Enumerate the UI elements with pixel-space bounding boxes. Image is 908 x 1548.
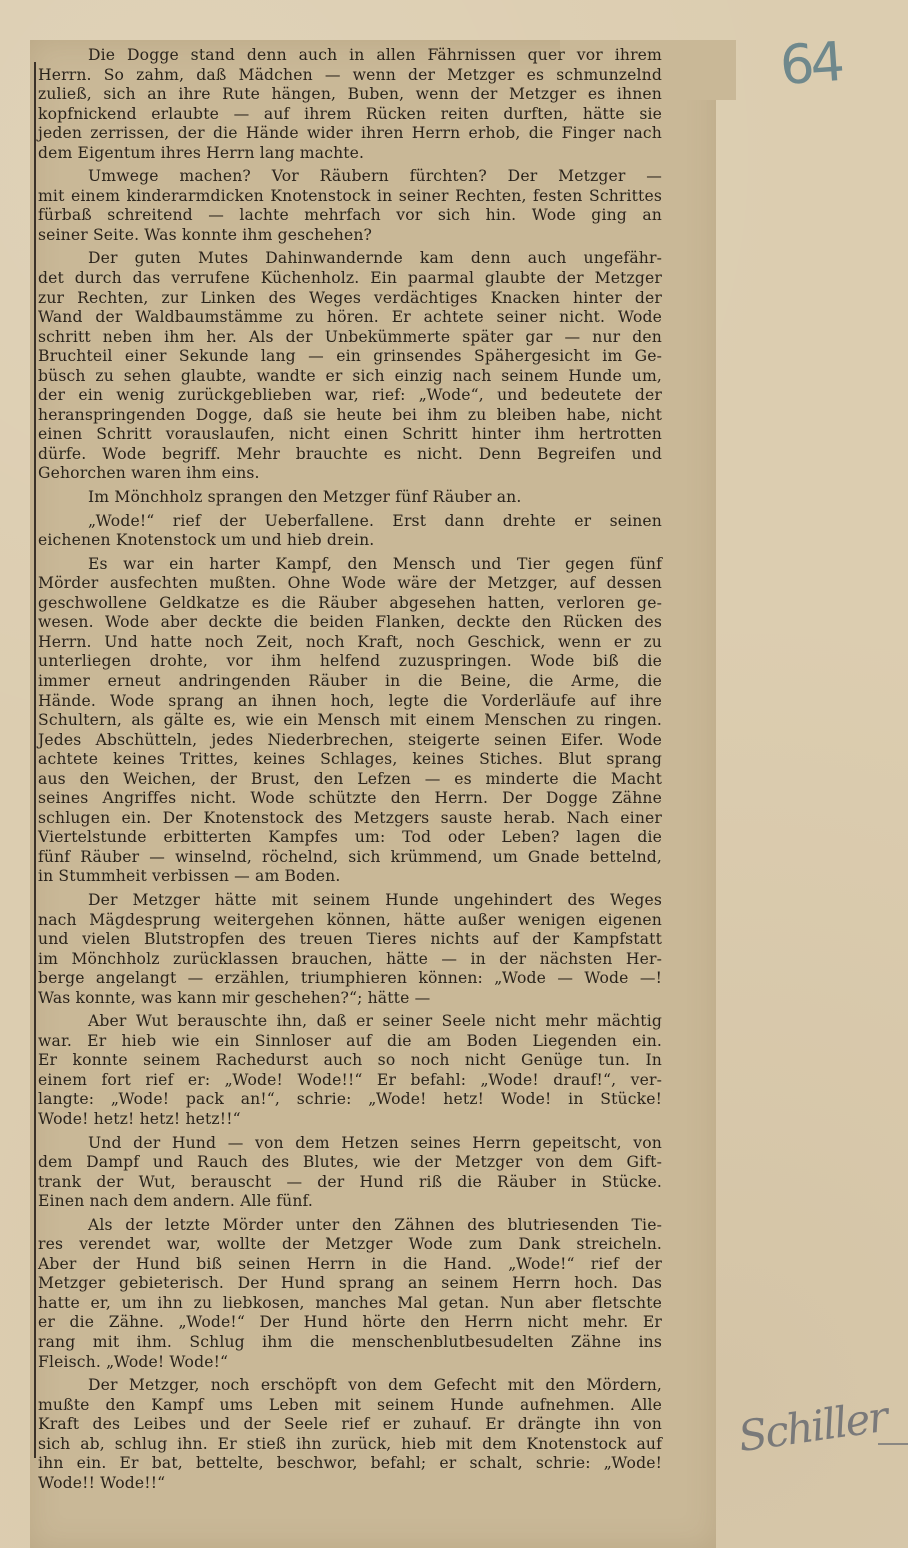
article-paragraph: Und der Hund — von dem Hetzen seines Her… [38,1134,662,1212]
text-line: seines Angriffes nicht. Wode schützte de… [38,789,662,809]
text-line: im Mönchholz zurücklassen brauchen, hätt… [38,950,662,970]
text-line: fürbaß schreitend — lachte mehrfach vor … [38,206,662,226]
text-line: geschwollene Geldkatze es die Räuber abg… [38,594,662,614]
text-line: Wode! hetz! hetz! hetz!!“ [38,1110,662,1130]
text-line: dürfe. Wode begriff. Mehr brauchte es ni… [38,445,662,465]
text-line: Herrn. Und hatte noch Zeit, noch Kraft, … [38,633,662,653]
text-line: er die Zähne. „Wode!“ Der Hund hörte den… [38,1313,662,1333]
text-line: schritt neben ihm her. Als der Unbekümme… [38,328,662,348]
text-line: berge angelangt — erzählen, triumphieren… [38,969,662,989]
text-line: Was konnte, was kann mir geschehen?“; hä… [38,989,662,1009]
text-line: wesen. Wode aber deckte die beiden Flank… [38,613,662,633]
text-line: unterliegen drohte, vor ihm helfend zuzu… [38,652,662,672]
text-line: Kraft des Leibes und der Seele rief er z… [38,1415,662,1435]
text-line: Schultern, als gälte es, wie ein Mensch … [38,711,662,731]
text-line: büsch zu sehen glaubte, wandte er sich e… [38,367,662,387]
text-line: eichenen Knotenstock um und hieb drein. [38,531,662,551]
handwritten-page-number: 64 [778,30,843,97]
text-line: immer erneut andringenden Räuber in die … [38,672,662,692]
text-line: einen Schritt vorauslaufen, nicht einen … [38,425,662,445]
text-line: sich ab, schlug ihn. Er stieß ihn zurück… [38,1435,662,1455]
text-line: Umwege machen? Vor Räubern fürchten? Der… [38,167,662,187]
text-line: Jedes Abschütteln, jedes Niederbrechen, … [38,731,662,751]
text-line: Viertelstunde erbitterten Kampfes um: To… [38,828,662,848]
text-line: Aber Wut berauschte ihn, daß er seiner S… [38,1012,662,1032]
text-line: dem Eigentum ihres Herrn lang machte. [38,144,662,164]
article-paragraph: Als der letzte Mörder unter den Zähnen d… [38,1216,662,1372]
text-line: Wand der Waldbaumstämme zu hören. Er ach… [38,308,662,328]
text-line: mit einem kinderarmdicken Knotenstock in… [38,187,662,207]
text-line: Einen nach dem andern. Alle fünf. [38,1192,662,1212]
text-line: zuließ, sich an ihre Rute hängen, Buben,… [38,85,662,105]
text-line: zur Rechten, zur Linken des Weges verdäc… [38,289,662,309]
text-line: Er konnte seinem Rachedurst auch so noch… [38,1051,662,1071]
text-line: Wode!! Wode!!“ [38,1474,662,1494]
text-line: langte: „Wode! pack an!“, schrie: „Wode!… [38,1090,662,1110]
text-line: Aber der Hund biß seinen Herrn in die Ha… [38,1255,662,1275]
text-line: Es war ein harter Kampf, den Mensch und … [38,555,662,575]
text-line: nach Mägdesprung weitergehen können, hät… [38,911,662,931]
text-line: Metzger gebieterisch. Der Hund sprang an… [38,1274,662,1294]
text-line: mußte den Kampf ums Leben mit seinem Hun… [38,1396,662,1416]
text-line: Der Metzger, noch erschöpft von dem Gefe… [38,1376,662,1396]
text-line: achtete keines Trittes, keines Schlages,… [38,750,662,770]
article-paragraph: Der Metzger hätte mit seinem Hunde ungeh… [38,891,662,1008]
text-line: Der guten Mutes Dahinwandernde kam denn … [38,249,662,269]
signature-dash [878,1443,908,1445]
article-paragraph: Die Dogge stand denn auch in allen Fährn… [38,46,662,163]
text-line: Und der Hund — von dem Hetzen seines Her… [38,1134,662,1154]
text-line: Als der letzte Mörder unter den Zähnen d… [38,1216,662,1236]
text-line: und vielen Blutstropfen des treuen Tiere… [38,930,662,950]
text-line: kopfnickend erlaubte — auf ihrem Rücken … [38,105,662,125]
article-paragraph: Der Metzger, noch erschöpft von dem Gefe… [38,1376,662,1493]
article-paragraph: „Wode!“ rief der Ueberfallene. Erst dann… [38,512,662,551]
text-line: seiner Seite. Was konnte ihm geschehen? [38,226,662,246]
article-paragraph: Im Mönchholz sprangen den Metzger fünf R… [38,488,662,508]
text-line: in Stummheit verbissen — am Boden. [38,867,662,887]
text-line: Herrn. So zahm, daß Mädchen — wenn der M… [38,66,662,86]
article-text: Die Dogge stand denn auch in allen Fährn… [38,46,662,1493]
text-line: res verendet war, wollte der Metzger Wod… [38,1235,662,1255]
text-line: Im Mönchholz sprangen den Metzger fünf R… [38,488,662,508]
article-paragraph: Aber Wut berauschte ihn, daß er seiner S… [38,1012,662,1129]
text-line: hatte er, um ihn zu liebkosen, manches M… [38,1294,662,1314]
text-line: schlugen ein. Der Knotenstock des Metzge… [38,809,662,829]
text-line: aus den Weichen, der Brust, den Lefzen —… [38,770,662,790]
text-line: „Wode!“ rief der Ueberfallene. Erst dann… [38,512,662,532]
text-line: Bruchteil einer Sekunde lang — ein grins… [38,347,662,367]
text-line: Die Dogge stand denn auch in allen Fährn… [38,46,662,66]
text-line: war. Er hieb wie ein Sinnloser auf die a… [38,1032,662,1052]
text-line: dem Dampf und Rauch des Blutes, wie der … [38,1153,662,1173]
column-rule [34,62,36,1458]
text-line: det durch das verrufene Küchenholz. Ein … [38,269,662,289]
article-paragraph: Umwege machen? Vor Räubern fürchten? Der… [38,167,662,245]
text-line: Mörder ausfechten mußten. Ohne Wode wäre… [38,574,662,594]
text-line: Der Metzger hätte mit seinem Hunde ungeh… [38,891,662,911]
article-paragraph: Der guten Mutes Dahinwandernde kam denn … [38,249,662,484]
text-line: fünf Räuber — winselnd, röchelnd, sich k… [38,848,662,868]
text-line: Hände. Wode sprang an ihnen hoch, legte … [38,692,662,712]
text-line: Gehorchen waren ihm eins. [38,464,662,484]
text-line: trank der Wut, berauscht — der Hund riß … [38,1173,662,1193]
text-line: einem fort rief er: „Wode! Wode!!“ Er be… [38,1071,662,1091]
text-line: Fleisch. „Wode! Wode!“ [38,1353,662,1373]
text-line: heranspringenden Dogge, daß sie heute be… [38,406,662,426]
text-line: rang mit ihm. Schlug ihm die menschenblu… [38,1333,662,1353]
text-line: jeden zerrissen, der die Hände wider ihr… [38,124,662,144]
article-paragraph: Es war ein harter Kampf, den Mensch und … [38,555,662,887]
text-line: der ein wenig zurückgeblieben war, rief:… [38,386,662,406]
text-line: ihn ein. Er bat, bettelte, beschwor, bef… [38,1454,662,1474]
